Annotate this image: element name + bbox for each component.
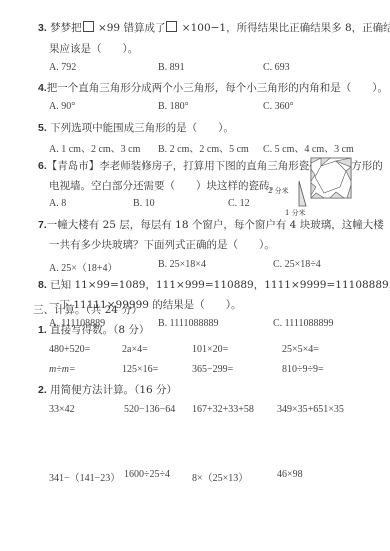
question-4: 4.把一个直角三角形分成两个小三角形，每个小三角形的内角和是（ ）。 [38, 81, 388, 95]
option-a: A. 8 [49, 198, 66, 209]
option-c: C. 5 cm、4 cm、3 cm [263, 140, 354, 155]
blank-box [166, 21, 177, 32]
question-5: 5. 下列选项中能围成三角形的是（ ）。 [38, 121, 234, 135]
option-c: C. 12 [228, 198, 250, 209]
option-c: C. 1111088899 [273, 318, 334, 329]
simplify-calc-item: 520−136−64 [124, 404, 175, 415]
simplify-calc-item: 341−（141−23） [49, 469, 120, 484]
simplify-calc-item: 33×42 [49, 404, 75, 415]
mental-calc-item: 25×5×4= [282, 344, 319, 355]
question-8: 8. 已知 11×99=1089，111×999=110889，1111×999… [38, 278, 390, 292]
mental-calc-item: 810÷9÷9= [282, 364, 324, 375]
option-a: A. 1 cm、2 cm、3 cm [49, 140, 140, 155]
option-b: B. 891 [158, 62, 185, 73]
option-b: B. 2 cm、2 cm、5 cm [158, 140, 249, 155]
simplify-calc-item: 167+32+33+58 [192, 404, 254, 415]
question-7: 7.一幢大楼有 25 层，每层有 18 个窗户，每个窗户有 4 块玻璃，这幢大楼 [38, 218, 384, 232]
question-6-line2: 电视墙。空白部分还需要（ ）块这样的瓷砖。 [49, 179, 280, 193]
question-3-line2: 果应该是（ ）。 [49, 42, 138, 56]
mental-calc-item: m÷m= [49, 364, 76, 375]
option-a: A. 25×（18+4） [49, 259, 118, 274]
option-a: A. 90° [49, 101, 75, 112]
option-b: B. 10 [133, 198, 155, 209]
simplify-calc-item: 1600÷25÷4 [124, 469, 170, 480]
option-b: B. 25×18×4 [158, 259, 206, 270]
mental-calc-item: 101×20= [192, 344, 228, 355]
mental-calc-item: 365−299= [192, 364, 233, 375]
option-b: B. 180° [158, 101, 189, 112]
simplify-calc-item: 8×（25×13） [192, 469, 248, 484]
blank-box [83, 21, 94, 32]
question-7-line2: 一共有多少块玻璃？下面列式正确的是（ ）。 [49, 238, 275, 252]
mental-calc-item: 2a×4= [122, 344, 148, 355]
simplify-calc-item: 349×35+651×35 [277, 404, 344, 415]
mental-calc-item: 125×16= [122, 364, 158, 375]
part-2-title: 2. 用简便方法计算。（16 分） [38, 383, 177, 397]
mental-calc-item: 480+520= [49, 344, 90, 355]
square-wall-figure [310, 157, 352, 199]
question-number: 3. [38, 22, 47, 34]
option-c: C. 360° [263, 101, 294, 112]
simplify-calc-item: 46×98 [277, 469, 303, 480]
option-c: C. 693 [263, 62, 290, 73]
question-3: 3. 梦梦把 ×99 错算成了 ×100−1，所得结果比正确结果多 8，正确结 [38, 21, 390, 35]
section-3-title: 三、计算。（共 24 分） [33, 303, 142, 317]
part-1-title: 1. 直接写得数。（8 分） [38, 323, 149, 337]
option-a: A. 792 [49, 62, 76, 73]
option-b: B. 1111088889 [158, 318, 219, 329]
option-c: C. 25×18÷4 [273, 259, 321, 270]
